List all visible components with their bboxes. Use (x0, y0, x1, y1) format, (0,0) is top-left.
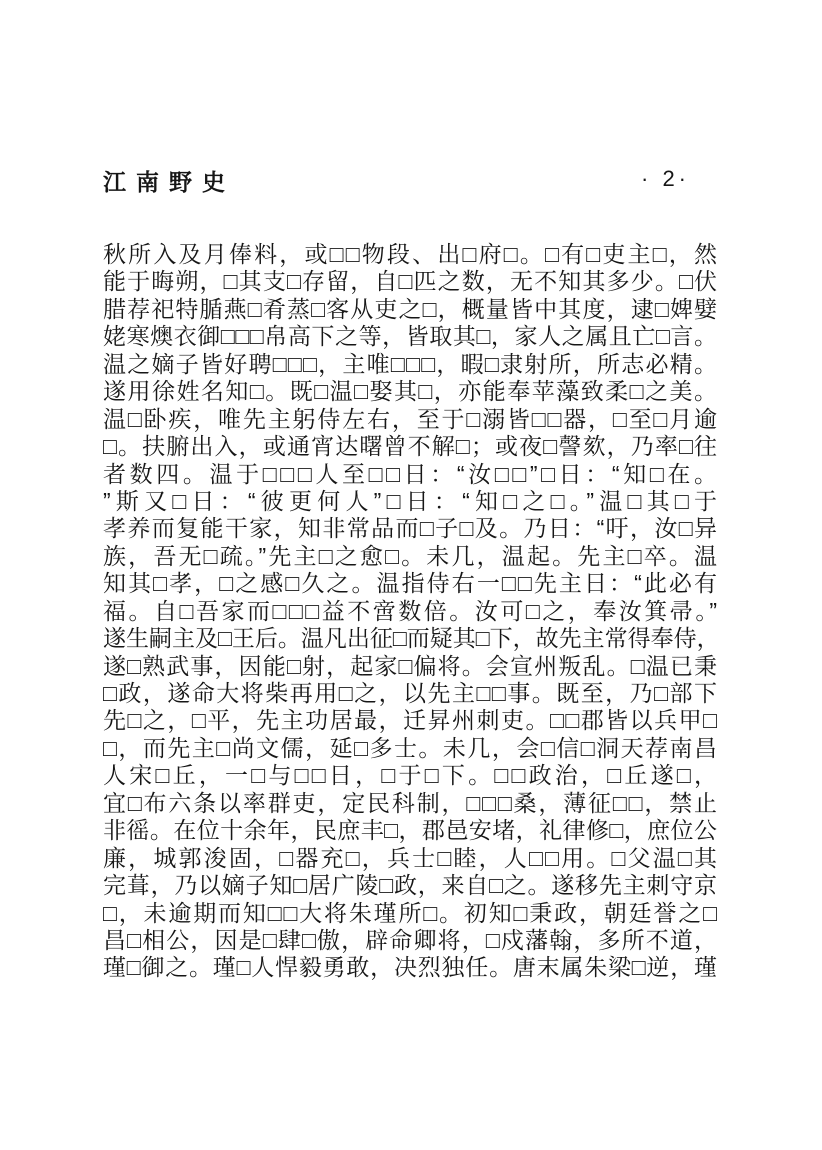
text-line: 孝养而复能干家，知非常品而□子□及。乃日：“吁，汝□异 (103, 515, 717, 542)
text-line: 昌□相公，因是□肆□傲，辟命卿将，□戍藩翰，多所不道， (103, 927, 717, 954)
text-line: 非徭。在位十余年，民庶丰□，郡邑安堵，礼律修□，庶位公 (103, 817, 717, 844)
text-line: 姥寒燠衣御□□□帛高下之等，皆取其□，家人之属且亡□言。 (103, 323, 717, 350)
text-line: 遂生嗣主及□王后。温凡出征□而疑其□下，故先主常得奉侍， (103, 625, 717, 652)
text-line: 瑾□御之。瑾□人悍毅勇敢，决烈独任。唐末属朱梁□逆，瑾 (103, 954, 717, 981)
text-line: 遂用徐姓名知□。既□温□娶其□，亦能奉苹藻致柔□之美。 (103, 378, 717, 405)
text-line: 遂□熟武事，因能□射，起家□偏将。会宣州叛乱。□温已秉 (103, 653, 717, 680)
text-line: □政，遂命大将柴再用□之，以先主□□事。既至，乃□部下 (103, 680, 717, 707)
text-line: □。扶腑出入，或通宵达曙曾不解□；或夜□謦欬，乃率□往 (103, 433, 717, 460)
text-line: 完葺，乃以嫡子知□居广陵□政，来自□之。遂移先主刺守京 (103, 872, 717, 899)
text-line: 族，吾无□疏。”先主□之愈□。未几，温起。先主□卒。温 (103, 543, 717, 570)
body-text: 秋所入及月俸料，或□□物段、出□府□。□有□吏主□，然 能于晦朔，□其支□存留，… (103, 241, 717, 982)
text-line: 腊荐祀特腯燕□肴蒸□客从吏之□，概量皆中其度，逮□婢嬖 (103, 296, 717, 323)
text-line: ”斯又□日：“彼更何人”□日：“知□之□。”温□其□于 (103, 488, 717, 515)
text-line: □，未逾期而知□□大将朱瑾所□。初知□秉政，朝廷誉之□ (103, 900, 717, 927)
text-line: 者数四。温于□□□人至□□日：“汝□□”□日：“知□在。 (103, 461, 717, 488)
text-line: 知其□孝，□之感□久之。温指侍右一□□先主日：“此必有 (103, 570, 717, 597)
text-line: 宜□布六条以率群吏，定民科制，□□□桑，薄征□□，禁止 (103, 790, 717, 817)
text-line: 温□卧疾，唯先主躬侍左右，至于□溺皆□□器，□至□月逾 (103, 406, 717, 433)
scanned-document-page: 江南野史 · 2· 秋所入及月俸料，或□□物段、出□府□。□有□吏主□，然 能于… (0, 0, 822, 1150)
text-line: 人宋□丘，一□与□□日，□于□下。□□政治，□丘遂□， (103, 762, 717, 789)
document-title: 江南野史 (103, 164, 235, 197)
page-number: · 2· (641, 166, 690, 192)
running-header: 江南野史 · 2· (103, 164, 715, 194)
text-line: 秋所入及月俸料，或□□物段、出□府□。□有□吏主□，然 (103, 241, 717, 268)
text-line: 温之嫡子皆好聘□□□，主唯□□□，暇□隶射所，所志必精。 (103, 351, 717, 378)
text-line: 福。自□吾家而□□□益不啻数倍。汝可□之，奉汝箕帚。” (103, 598, 717, 625)
text-line: 先□之，□平，先主功居最，迁昇州刺吏。□□郡皆以兵甲□ (103, 707, 717, 734)
text-line: 能于晦朔，□其支□存留，自□匹之数，无不知其多少。□伏 (103, 268, 717, 295)
text-line: 廉，城郭浚固，□器充□，兵士□睦，人□□用。□父温□其 (103, 845, 717, 872)
text-line: □，而先主□尚文儒，延□多士。未几，会□信□洞天荐南昌 (103, 735, 717, 762)
